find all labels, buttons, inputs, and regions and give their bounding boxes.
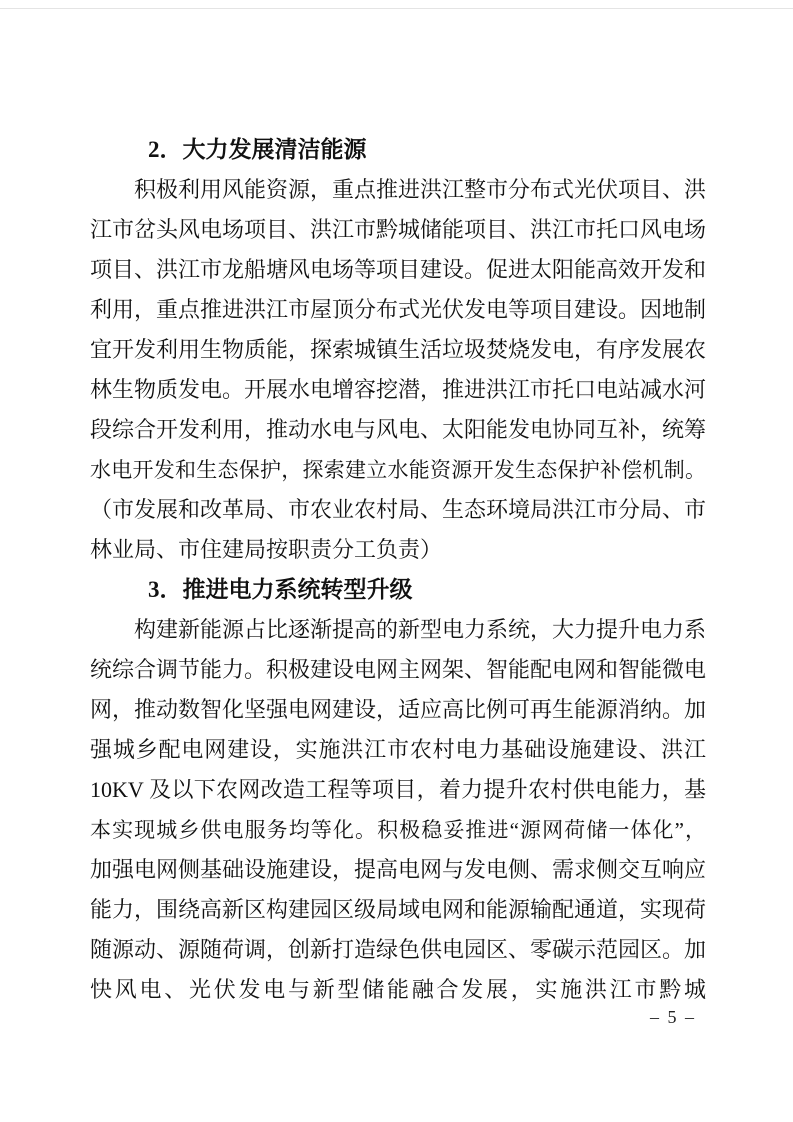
heading-title: 大力发展清洁能源 xyxy=(183,137,367,162)
text-line: 快风电、光伏发电与新型储能融合发展，实施洪江市黔城 xyxy=(90,970,706,1010)
text-line: 江市岔头风电场项目、洪江市黔城储能项目、洪江市托口风电场 xyxy=(90,210,706,250)
text-line: 林生物质发电。开展水电增容挖潜，推进洪江市托口电站减水河 xyxy=(90,370,706,410)
text-line: 项目、洪江市龙船塘风电场等项目建设。促进太阳能高效开发和 xyxy=(90,250,706,290)
document-body: 2．大力发展清洁能源积极利用风能资源，重点推进洪江整市分布式光伏项目、洪江市岔头… xyxy=(90,130,706,1010)
text-line: 本实现城乡供电服务均等化。积极稳妥推进“源网荷储一体化”， xyxy=(90,810,706,850)
text-line: （市发展和改革局、市农业农村局、生态环境局洪江市分局、市 xyxy=(90,490,706,530)
text-line: 构建新能源占比逐渐提高的新型电力系统，大力提升电力系 xyxy=(90,610,706,650)
text-line: 10KV 及以下农网改造工程等项目，着力提升农村供电能力，基 xyxy=(90,770,706,810)
scan-edge-line xyxy=(0,8,793,9)
heading-number: 3． xyxy=(148,577,183,602)
text-line: 积极利用风能资源，重点推进洪江整市分布式光伏项目、洪 xyxy=(90,170,706,210)
text-line: 网，推动数智化坚强电网建设，适应高比例可再生能源消纳。加 xyxy=(90,690,706,730)
text-line: 水电开发和生态保护，探索建立水能资源开发生态保护补偿机制。 xyxy=(90,450,706,490)
text-line: 利用，重点推进洪江市屋顶分布式光伏发电等项目建设。因地制 xyxy=(90,290,706,330)
text-line: 统综合调节能力。积极建设电网主网架、智能配电网和智能微电 xyxy=(90,650,706,690)
document-page: 2．大力发展清洁能源积极利用风能资源，重点推进洪江整市分布式光伏项目、洪江市岔头… xyxy=(0,0,793,1122)
text-line: 段综合开发利用，推动水电与风电、太阳能发电协同互补，统筹 xyxy=(90,410,706,450)
page-number: – 5 – xyxy=(650,1007,696,1028)
text-line: 随源动、源随荷调，创新打造绿色供电园区、零碳示范园区。加 xyxy=(90,930,706,970)
text-line: 宜开发利用生物质能，探索城镇生活垃圾焚烧发电，有序发展农 xyxy=(90,330,706,370)
heading-number: 2． xyxy=(148,137,183,162)
heading-title: 推进电力系统转型升级 xyxy=(183,577,413,602)
text-line: 林业局、市住建局按职责分工负责） xyxy=(90,530,706,570)
text-line: 强城乡配电网建设，实施洪江市农村电力基础设施建设、洪江 xyxy=(90,730,706,770)
text-line: 加强电网侧基础设施建设，提高电网与发电侧、需求侧交互响应 xyxy=(90,850,706,890)
section-heading: 3．推进电力系统转型升级 xyxy=(90,570,706,610)
text-line: 能力，围绕高新区构建园区级局域电网和能源输配通道，实现荷 xyxy=(90,890,706,930)
section-heading: 2．大力发展清洁能源 xyxy=(90,130,706,170)
